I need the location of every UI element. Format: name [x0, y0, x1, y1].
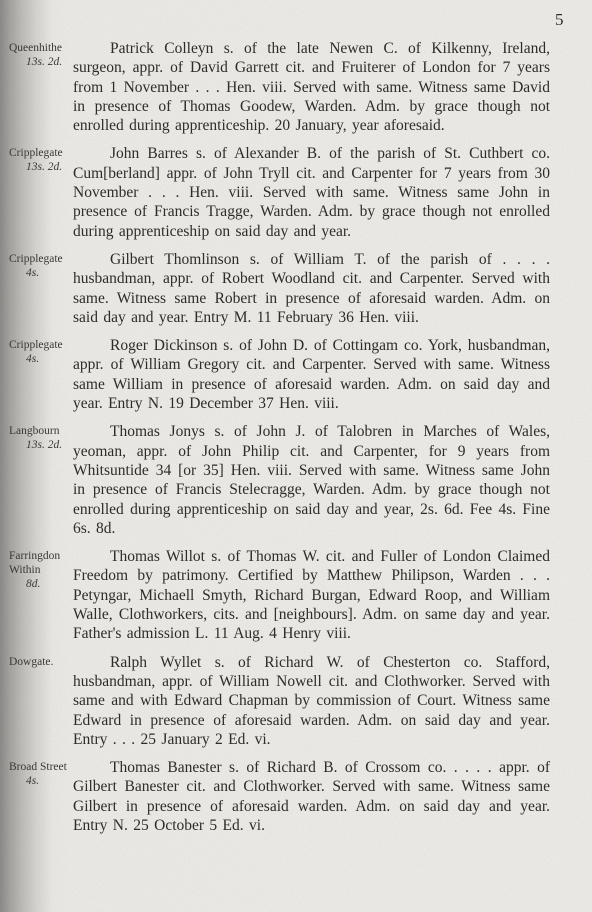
ward-name: Langbourn — [9, 424, 73, 438]
ward-fee: 13s. 2d. — [9, 160, 73, 174]
register-entry: Cripplegate 4s. Roger Dickinson s. of Jo… — [0, 336, 592, 413]
ward-name: Farringdon Within — [9, 549, 73, 577]
entry-text: Roger Dickinson s. of John D. of Cotting… — [73, 336, 550, 413]
register-entry: Farringdon Within 8d. Thomas Willot s. o… — [0, 547, 592, 643]
ward-margin-note: Cripplegate 4s. — [9, 338, 73, 366]
register-entry: Broad Street 4s. Thomas Banester s. of R… — [0, 758, 592, 835]
ward-margin-note: Cripplegate 13s. 2d. — [9, 146, 73, 174]
ward-fee: 4s. — [9, 266, 73, 280]
ward-name: Cripplegate — [9, 338, 73, 352]
ward-name: Cripplegate — [9, 252, 73, 266]
register-entry: Cripplegate 4s. Gilbert Thomlinson s. of… — [0, 250, 592, 327]
register-entry: Dowgate. Ralph Wyllet s. of Richard W. o… — [0, 653, 592, 749]
ward-margin-note: Broad Street 4s. — [9, 760, 73, 788]
ward-name: Dowgate. — [9, 655, 73, 669]
register-entry: Langbourn 13s. 2d. Thomas Jonys s. of Jo… — [0, 422, 592, 538]
ward-fee: 13s. 2d. — [9, 55, 73, 69]
entry-text: Gilbert Thomlinson s. of William T. of t… — [73, 250, 550, 327]
ward-fee: 4s. — [9, 774, 73, 788]
entry-text: Thomas Jonys s. of John J. of Talobren i… — [73, 422, 550, 538]
scanned-register-page: 5 Queenhithe 13s. 2d. Patrick Colleyn s.… — [0, 0, 592, 912]
entry-text: Thomas Banester s. of Richard B. of Cros… — [73, 758, 550, 835]
ward-name: Queenhithe — [9, 41, 73, 55]
ward-name: Cripplegate — [9, 146, 73, 160]
register-entry: Queenhithe 13s. 2d. Patrick Colleyn s. o… — [0, 39, 592, 135]
ward-margin-note: Dowgate. — [9, 655, 73, 669]
ward-margin-note: Cripplegate 4s. — [9, 252, 73, 280]
ward-margin-note: Queenhithe 13s. 2d. — [9, 41, 73, 69]
ward-name: Broad Street — [9, 760, 73, 774]
entry-text: Patrick Colleyn s. of the late Newen C. … — [73, 39, 550, 135]
entry-text: Thomas Willot s. of Thomas W. cit. and F… — [73, 547, 550, 643]
ward-margin-note: Farringdon Within 8d. — [9, 549, 73, 591]
entry-text: John Barres s. of Alexander B. of the pa… — [73, 144, 550, 240]
ward-fee: 8d. — [9, 577, 73, 591]
ward-fee: 4s. — [9, 352, 73, 366]
entry-text: Ralph Wyllet s. of Richard W. of Chester… — [73, 653, 550, 749]
page-number: 5 — [555, 10, 564, 30]
ward-margin-note: Langbourn 13s. 2d. — [9, 424, 73, 452]
register-entry: Cripplegate 13s. 2d. John Barres s. of A… — [0, 144, 592, 240]
ward-fee: 13s. 2d. — [9, 438, 73, 452]
entries-list: Queenhithe 13s. 2d. Patrick Colleyn s. o… — [0, 39, 592, 844]
